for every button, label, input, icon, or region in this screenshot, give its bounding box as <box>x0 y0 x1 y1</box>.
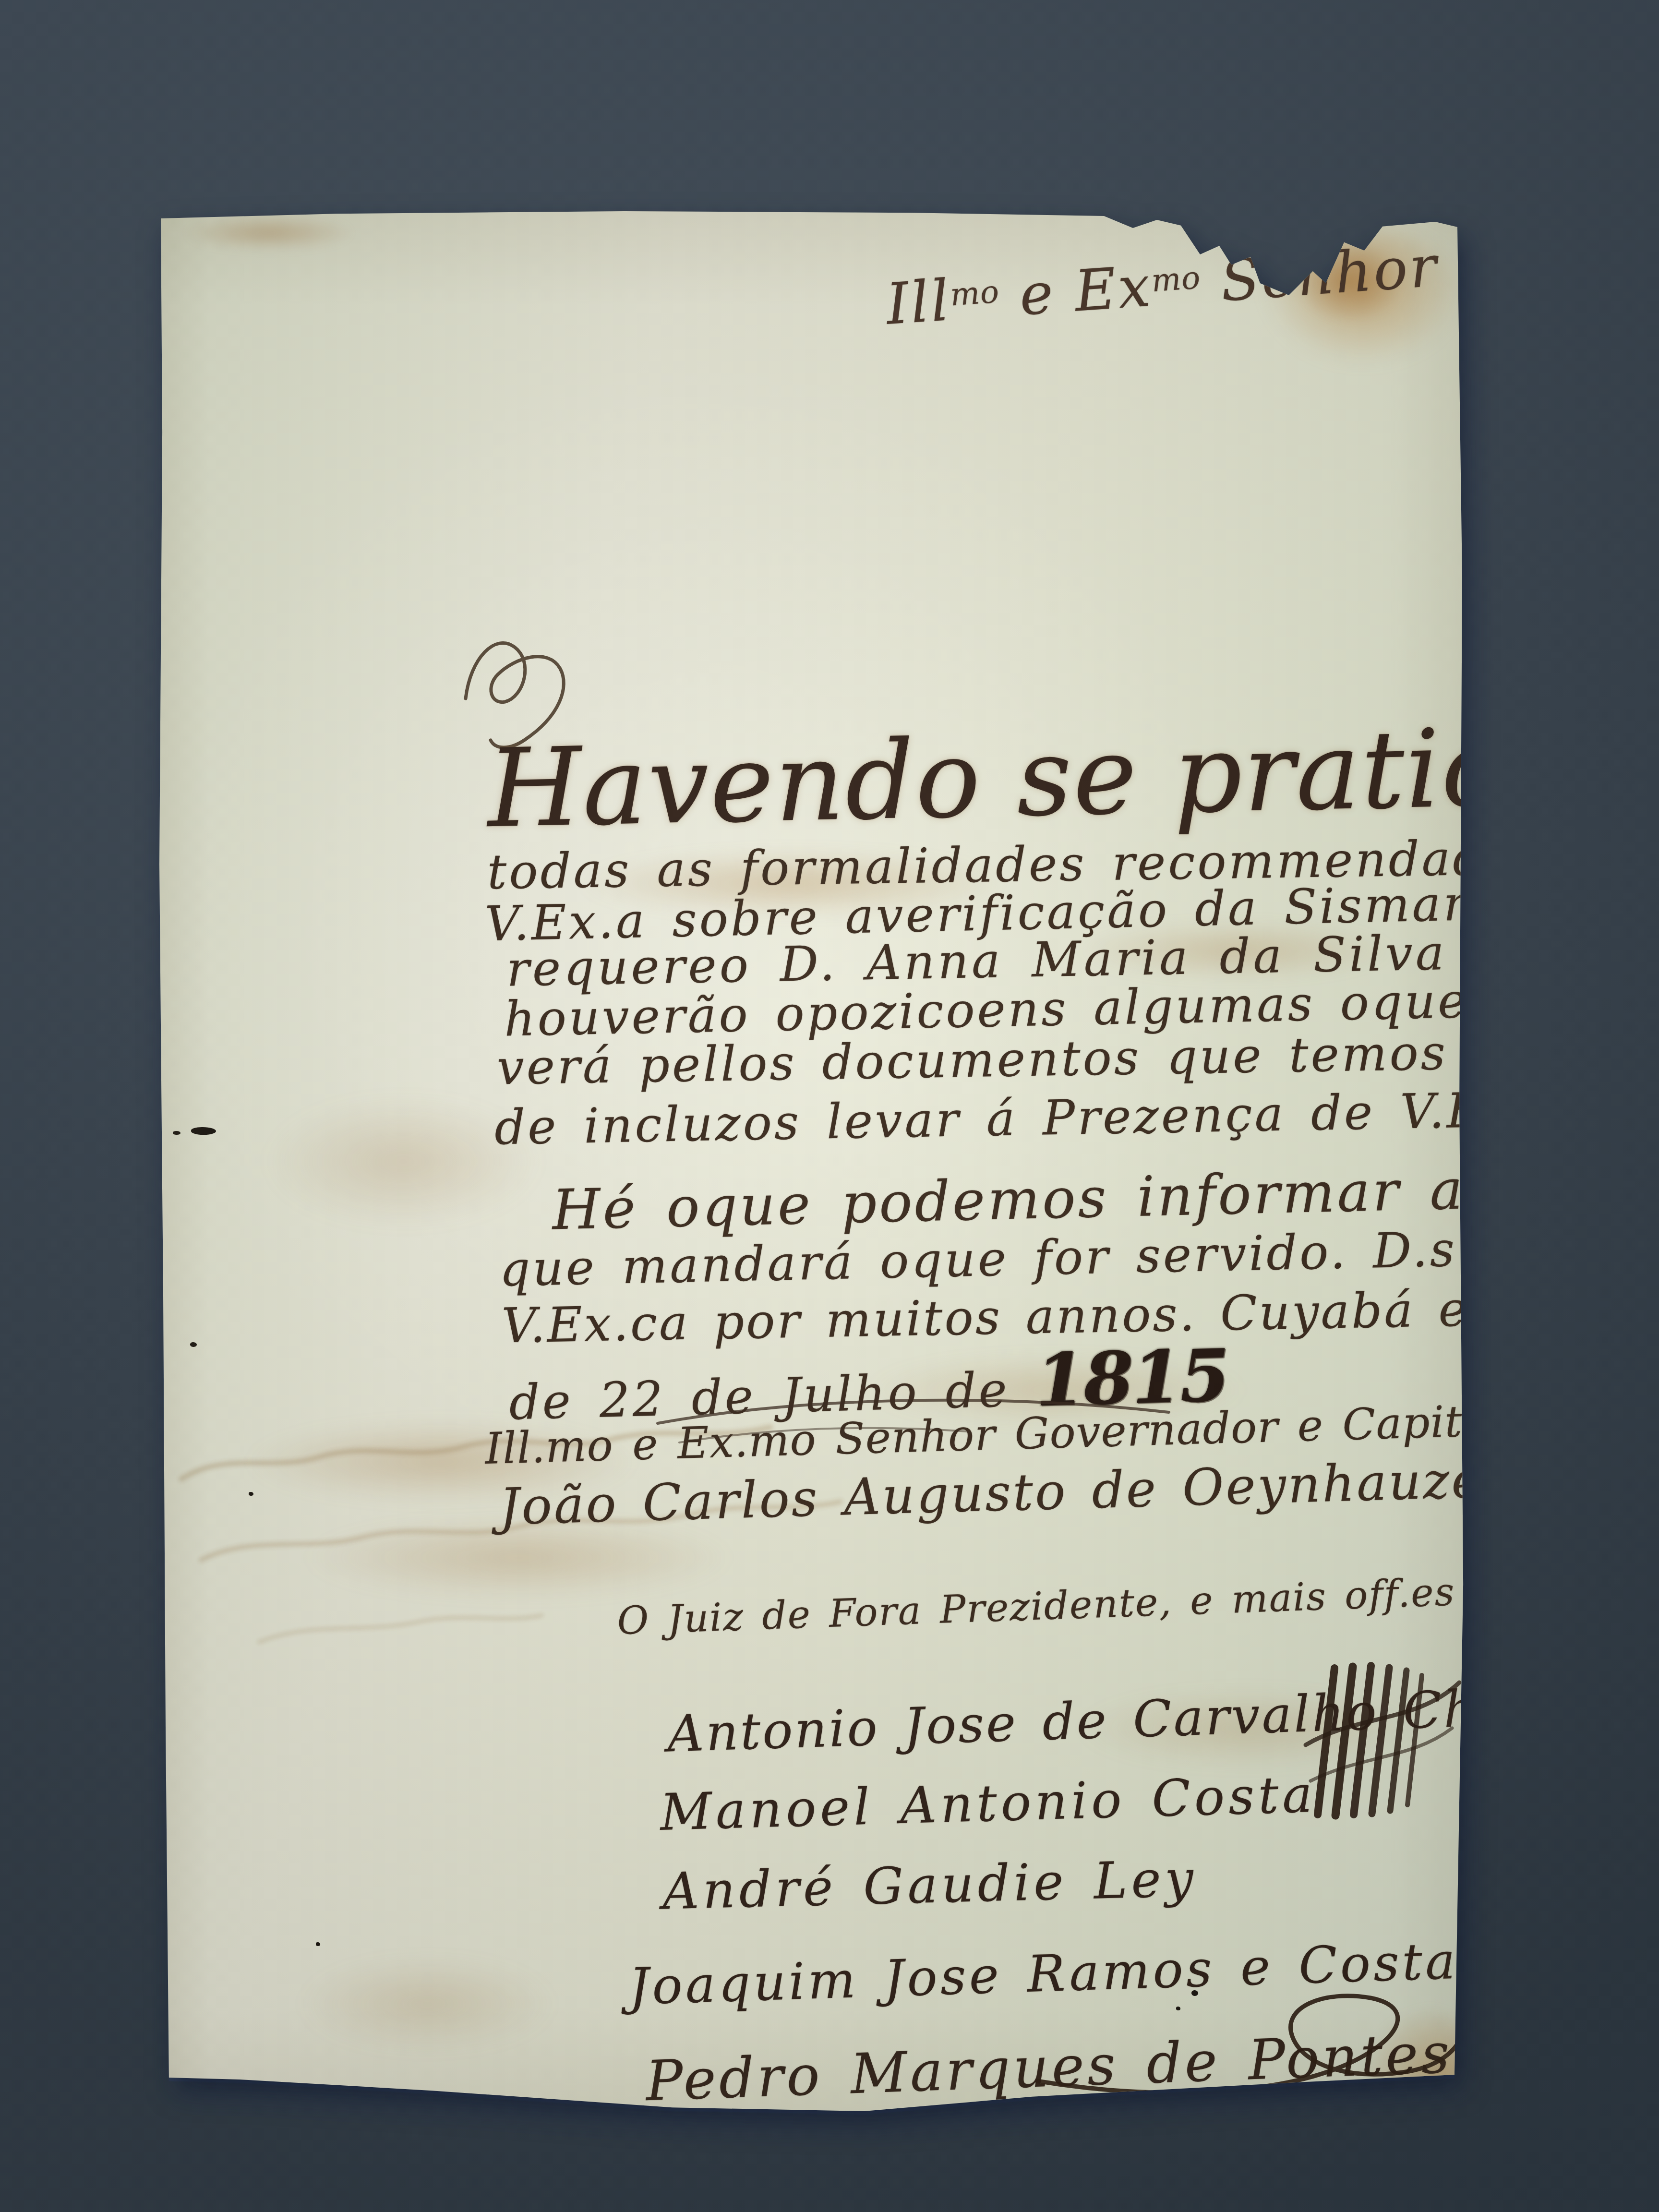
ink-speck <box>316 1942 320 1946</box>
salutation-e-ex: e Ex <box>998 253 1154 330</box>
opening-heading: Havendo se praticado- <box>486 709 1659 844</box>
document-page: Illmo e Exmo Senhor Havendo se praticado… <box>144 211 1469 2122</box>
stain-bottom-left <box>302 1959 552 2050</box>
salutation-senhor: Senhor <box>1199 233 1441 315</box>
signature-line: André Gaudie Ley <box>662 1853 1198 1917</box>
ink-speck <box>1176 2007 1180 2010</box>
signature-line: Joaquim Jose Ramos e Costa <box>628 1936 1459 2012</box>
ink-speck <box>173 1131 180 1135</box>
attestation-line: O Juiz de Fora Prezidente, e mais off.es… <box>616 1564 1659 1641</box>
signature-line: Manoel Antonio Costa <box>660 1769 1317 1838</box>
signature-line: Antonio Jose de Carvalho Chaves <box>667 1680 1600 1760</box>
salutation-line: Illmo e Exmo Senhor <box>884 238 1440 333</box>
salutation-ill: Ill <box>884 267 953 337</box>
salutation-sup-1: mo <box>949 274 1001 313</box>
para2-line: Hé oque podemos informar a V.Ex.a <box>552 1157 1659 1238</box>
ink-speck <box>249 1492 253 1496</box>
signature-line: Pedro Marques de Pontes <box>645 2026 1454 2110</box>
ink-speck <box>190 1342 197 1347</box>
ink-speck <box>191 1127 216 1135</box>
salutation-sup-2: mo <box>1150 260 1202 299</box>
body-line: de incluzos levar á Prezença de V.Ex.a <box>494 1085 1563 1152</box>
photo-background: Illmo e Exmo Senhor Havendo se praticado… <box>0 0 1659 2212</box>
stain-top-left-edge <box>187 216 350 250</box>
document-page-wrap: Illmo e Exmo Senhor Havendo se praticado… <box>144 211 1469 2122</box>
